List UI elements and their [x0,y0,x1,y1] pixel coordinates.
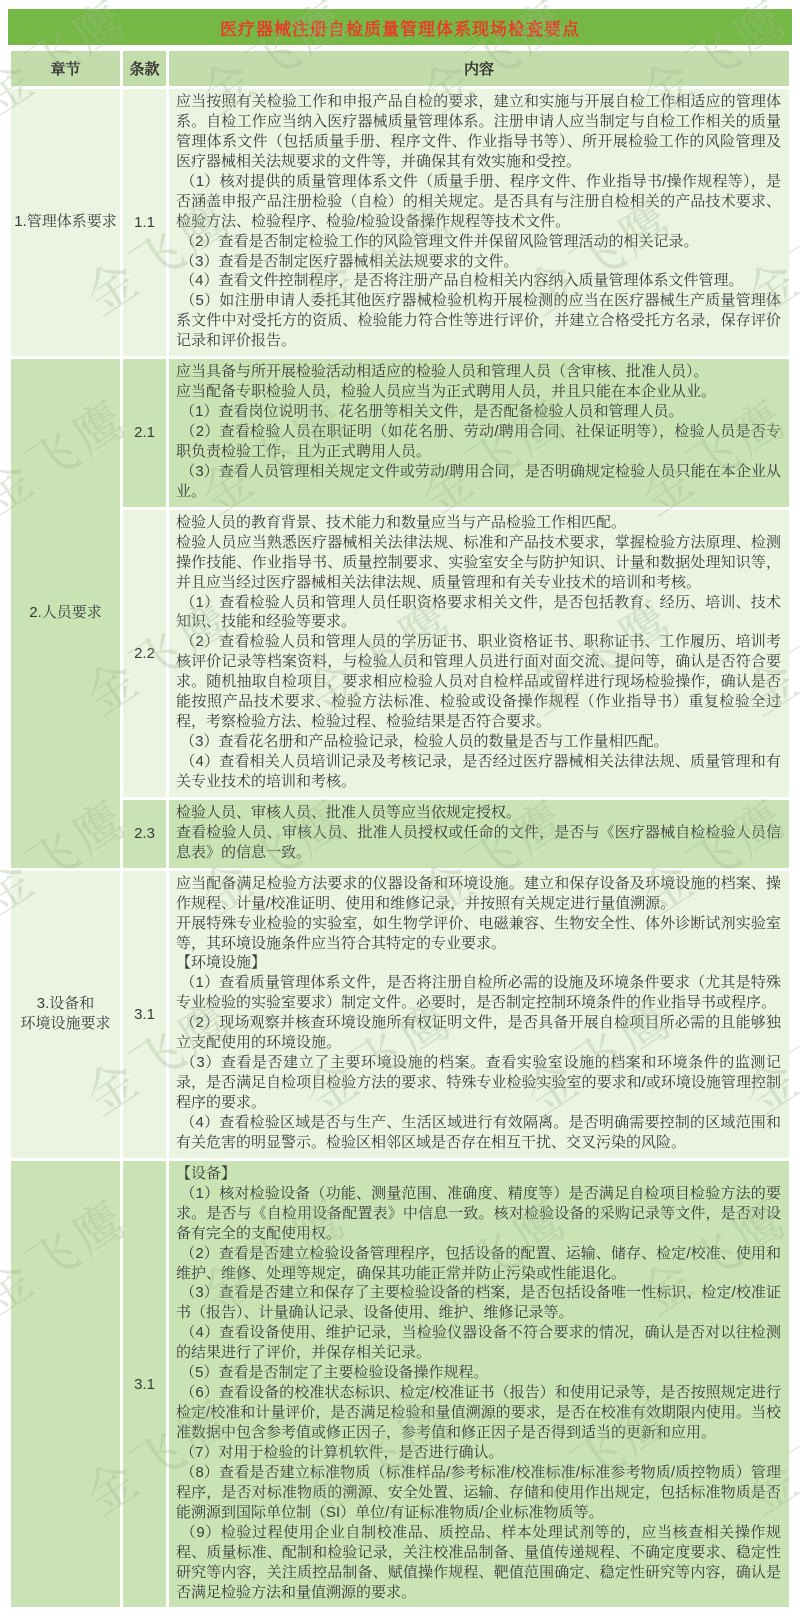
table-row: 3.1【设备】 （1）核对检验设备（功能、测量范围、准确度、精度等）是否满足自检… [10,1159,791,1609]
clause-cell: 2.2 [122,508,168,798]
content-paragraph: 开展特殊专业检验的实验室，如生物学评价、电磁兼容、生物安全性、体外诊断试剂实验室… [176,914,781,954]
content-paragraph: 应当配备专职检验人员，检验人员应当为正式聘用人员，并且只能在本企业从业。 [176,382,781,402]
content-paragraph: （3）查看是否建立了主要环境设施的档案。查看实验室设施的档案和环境条件的监测记录… [176,1053,781,1113]
content-paragraph: 检验人员应当熟悉医疗器械相关法律法规、标准和产品技术要求，掌握检验方法原理、检测… [176,533,781,593]
content-paragraph: （3）查看人员管理相关规定文件或劳动/聘用合同，是否明确规定检验人员只能在本企业… [176,462,781,502]
header-clause: 条款 [122,50,168,88]
content-paragraph: （5）查看是否制定了主要检验设备操作规程。 [176,1363,781,1383]
content-paragraph: （1）查看质量管理体系文件，是否将注册自检所必需的设施及环境条件要求（尤其是特殊… [176,973,781,1013]
content-paragraph: （3）查看是否制定医疗器械相关法规要求的文件。 [176,252,781,272]
content-cell: 应当配备满足检验方法要求的仪器设备和环境设施。建立和保存设备及环境设施的档案、操… [168,869,791,1159]
header-chapter: 章节 [10,50,122,88]
content-paragraph: （9）检验过程使用企业自制校准品、质控品、样本处理试剂等的，应当核查相关操作规程… [176,1523,781,1603]
content-paragraph: （5）如注册申请人委托其他医疗器械检验机构开展检测的应当在医疗器械生产质量管理体… [176,291,781,351]
clause-cell: 1.1 [122,88,168,358]
content-paragraph: （4）查看相关人员培训记录及考核记录，是否经过医疗器械相关法律法规、质量管理和有… [176,752,781,792]
chapter-cell [10,1159,122,1609]
content-paragraph: （4）查看检验区域是否与生产、生活区域进行有效隔离。是否明确需要控制的区域范围和… [176,1113,781,1153]
content-paragraph: （2）查看是否制定检验工作的风险管理文件并保留风险管理活动的相关记录。 [176,232,781,252]
content-paragraph: （2）查看是否建立检验设备管理程序，包括设备的配置、运输、储存、检定/校准、使用… [176,1244,781,1284]
content-paragraph: （1）查看检验人员和管理人员任职资格要求相关文件，是否包括教育、经历、培训、技术… [176,593,781,633]
content-paragraph: 检验人员的教育背景、技术能力和数量应当与产品检验工作相匹配。 [176,513,781,533]
header-content: 内容 [168,50,791,88]
table-row: 3.设备和 环境设施要求3.1应当配备满足检验方法要求的仪器设备和环境设施。建立… [10,869,791,1159]
page-title: 医疗器械注册自检质量管理体系现场检查要点 [220,15,580,40]
content-paragraph: 【环境设施】 [176,953,781,973]
content-paragraph: （2）查看检验人员和管理人员的学历证书、职业资格证书、职称证书、工作履历、培训考… [176,632,781,732]
chapter-cell: 2.人员要求 [10,358,122,870]
table-row: 1.管理体系要求1.1应当按照有关检验工作和申报产品自检的要求，建立和实施与开展… [10,88,791,358]
table-row: 2.人员要求2.1应当具备与所开展检验活动相适应的检验人员和管理人员（含审核、批… [10,358,791,509]
clause-cell: 3.1 [122,869,168,1159]
clause-cell: 2.3 [122,798,168,869]
table-row: 2.2检验人员的教育背景、技术能力和数量应当与产品检验工作相匹配。检验人员应当熟… [10,508,791,798]
content-paragraph: （4）查看文件控制程序，是否将注册产品自检相关内容纳入质量管理体系文件管理。 [176,271,781,291]
content-cell: 【设备】 （1）核对检验设备（功能、测量范围、准确度、精度等）是否满足自检项目检… [168,1159,791,1609]
content-paragraph: （4）查看设备使用、维护记录，当检验仪器设备不符合要求的情况，确认是否对以往检测… [176,1323,781,1363]
content-paragraph: 应当具备与所开展检验活动相适应的检验人员和管理人员（含审核、批准人员）。 [176,362,781,382]
table-body: 1.管理体系要求1.1应当按照有关检验工作和申报产品自检的要求，建立和实施与开展… [10,88,791,1609]
inspection-table: 章节 条款 内容 1.管理体系要求1.1应当按照有关检验工作和申报产品自检的要求… [8,48,792,1610]
content-paragraph: （2）现场观察并核查环境设施所有权证明文件，是否具备开展自检项目所必需的且能够独… [176,1013,781,1053]
content-paragraph: 应当按照有关检验工作和申报产品自检的要求，建立和实施与开展自检工作相适应的管理体… [176,92,781,172]
content-paragraph: （2）查看检验人员在职证明（如花名册、劳动/聘用合同、社保证明等），检验人员是否… [176,422,781,462]
table-row: 2.3检验人员、审核人员、批准人员等应当依规定授权。查看检验人员、审核人员、批准… [10,798,791,869]
clause-cell: 2.1 [122,358,168,509]
title-bar: 医疗器械注册自检质量管理体系现场检查要点 [8,9,792,45]
content-cell: 应当具备与所开展检验活动相适应的检验人员和管理人员（含审核、批准人员）。应当配备… [168,358,791,509]
content-paragraph: （1）核对提供的质量管理体系文件（质量手册、程序文件、作业指导书/操作规程等），… [176,172,781,232]
content-cell: 应当按照有关检验工作和申报产品自检的要求，建立和实施与开展自检工作相适应的管理体… [168,88,791,358]
content-paragraph: （6）查看设备的校准状态标识、检定/校准证书（报告）和使用记录等，是否按照规定进… [176,1383,781,1443]
content-paragraph: （3）查看是否建立和保存了主要检验设备的档案，是否包括设备唯一性标识、检定/校准… [176,1283,781,1323]
document-page: 医疗器械注册自检质量管理体系现场检查要点 章节 条款 内容 1.管理体系要求1.… [0,0,800,1616]
content-paragraph: （7）对用于检验的计算机软件，是否进行确认。 [176,1443,781,1463]
content-paragraph: 查看检验人员、审核人员、批准人员授权或任命的文件，是否与《医疗器械自检检验人员信… [176,823,781,863]
chapter-cell: 3.设备和 环境设施要求 [10,869,122,1159]
content-paragraph: （8）查看是否建立标准物质（标准样品/参考标准/校准标准/标准参考物质/质控物质… [176,1463,781,1523]
header-row: 章节 条款 内容 [10,50,791,88]
content-paragraph: （1）查看岗位说明书、花名册等相关文件，是否配备检验人员和管理人员。 [176,402,781,422]
content-paragraph: 应当配备满足检验方法要求的仪器设备和环境设施。建立和保存设备及环境设施的档案、操… [176,874,781,914]
chapter-cell: 1.管理体系要求 [10,88,122,358]
content-paragraph: 检验人员、审核人员、批准人员等应当依规定授权。 [176,803,781,823]
content-cell: 检验人员的教育背景、技术能力和数量应当与产品检验工作相匹配。检验人员应当熟悉医疗… [168,508,791,798]
content-paragraph: （1）核对检验设备（功能、测量范围、准确度、精度等）是否满足自检项目检验方法的要… [176,1184,781,1244]
clause-cell: 3.1 [122,1159,168,1609]
content-cell: 检验人员、审核人员、批准人员等应当依规定授权。查看检验人员、审核人员、批准人员授… [168,798,791,869]
content-paragraph: 【设备】 [176,1164,781,1184]
content-paragraph: （3）查看花名册和产品检验记录，检验人员的数量是否与工作量相匹配。 [176,732,781,752]
